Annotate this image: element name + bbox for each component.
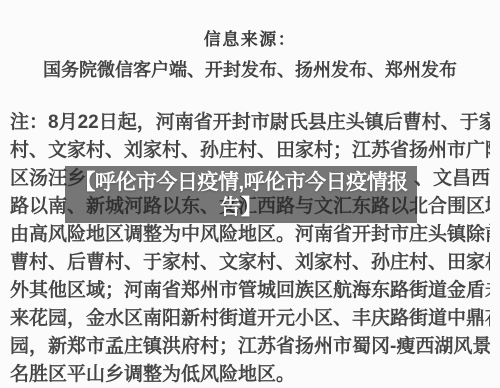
body-line-6: 曹村、后曹村、于家村、文家村、刘家村、孙庄村、田家村 (10, 249, 490, 277)
body-line-1: 注：8月22日起，河南省开封市尉氏县庄头镇后曹村、于家 (10, 109, 490, 137)
notice-body: 注：8月22日起，河南省开封市尉氏县庄头镇后曹村、于家 村、文家村、刘家村、孙庄… (10, 109, 490, 388)
body-line-8: 来花园，金水区南阳新村街道开元小区、丰庆路街道中鼎花 (10, 305, 490, 333)
body-line-2: 村、文家村、刘家村、孙庄村、田家村；江苏省扬州市广陵 (10, 137, 490, 165)
body-line-9: 园，新郑市孟庄镇洪府村；江苏省扬州市蜀冈-瘦西湖风景 (10, 333, 490, 361)
body-line-7: 外其他区域；河南省郑州市管城回族区航海东路街道金盾未 (10, 277, 490, 305)
watermark-text-line2: 告】 (220, 196, 262, 220)
body-line-10: 名胜区平山乡调整为低风险地区。 (10, 361, 490, 388)
body-line-5: 由高风险地区调整为中风险地区。河南省开封市庄头镇除前 (10, 221, 490, 249)
info-source-list: 国务院微信客户端、开封发布、扬州发布、郑州发布 (0, 56, 500, 82)
epidemic-notice-image: 信息来源： 国务院微信客户端、开封发布、扬州发布、郑州发布 注：8月22日起，河… (0, 0, 500, 388)
body-line-3-end: 、文昌西 (414, 165, 490, 193)
info-source-title: 信息来源： (0, 25, 500, 50)
watermark-text-line1: 【呼伦市今日疫情,呼伦市今日疫情报 (74, 170, 407, 196)
watermark-overlay: 【呼伦市今日疫情,呼伦市今日疫情报 告】 (65, 166, 417, 223)
